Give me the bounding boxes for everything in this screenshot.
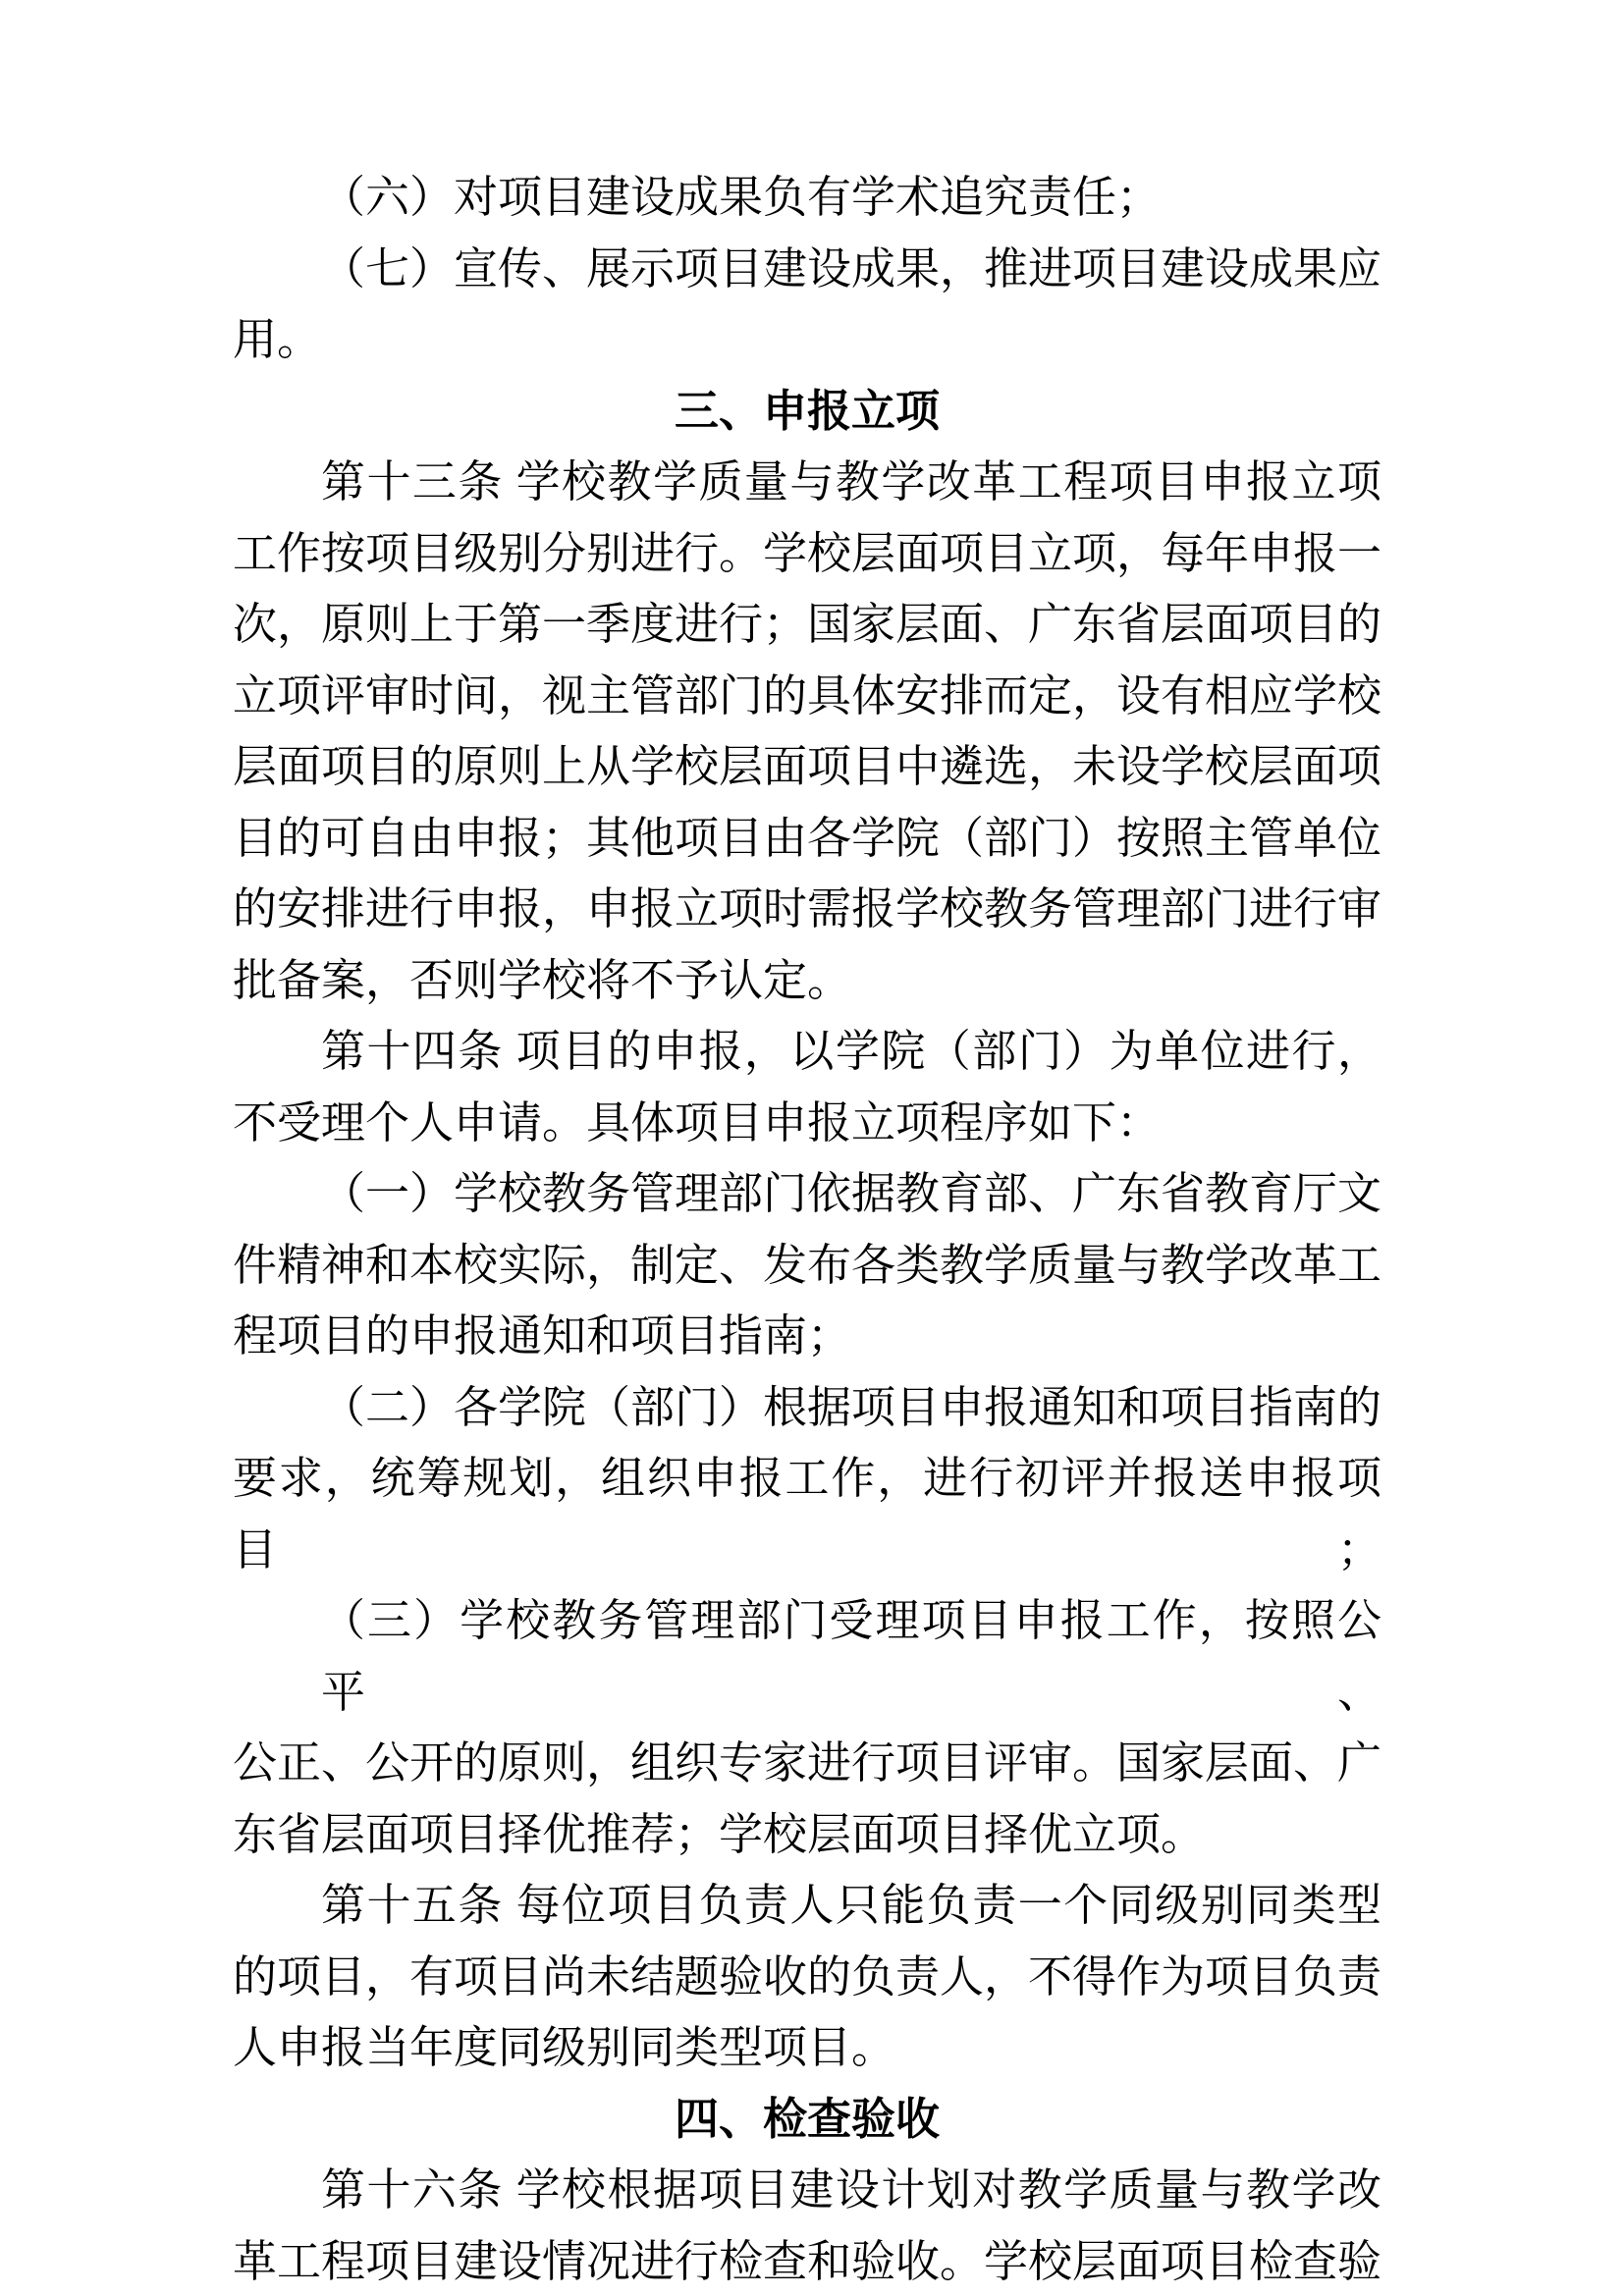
document-line: 第十六条 学校根据项目建设计划对教学质量与教学改: [233, 2155, 1381, 2226]
document-line: 工作按项目级别分别进行。学校层面项目立项，每年申报一: [233, 518, 1381, 590]
document-line: 立项评审时间，视主管部门的具体安排而定，设有相应学校: [233, 661, 1381, 732]
document-line: （三）学校教务管理部门受理项目申报工作，按照公平、: [233, 1585, 1381, 1728]
document-line: 用。: [233, 304, 1381, 376]
document-line: （六）对项目建设成果负有学术追究责任；: [233, 162, 1381, 234]
section-heading: 四、检查验收: [233, 2084, 1381, 2156]
document-line: 的项目，有项目尚未结题验收的负责人，不得作为项目负责: [233, 1942, 1381, 2013]
document-line: 第十五条 每位项目负责人只能负责一个同级别同类型: [233, 1870, 1381, 1942]
document-line: 程项目的申报通知和项目指南；: [233, 1301, 1381, 1372]
document-line: 东省层面项目择优推荐；学校层面项目择优立项。: [233, 1799, 1381, 1871]
document-line: （一）学校教务管理部门依据教育部、广东省教育厅文: [233, 1158, 1381, 1230]
document-line: 次，原则上于第一季度进行；国家层面、广东省层面项目的: [233, 589, 1381, 661]
document-body: （六）对项目建设成果负有学术追究责任；（七）宣传、展示项目建设成果，推进项目建设…: [0, 0, 1624, 2296]
document-line: 要求，统筹规划，组织申报工作，进行初评并报送申报项目；: [233, 1443, 1381, 1585]
document-line: 不受理个人申请。具体项目申报立项程序如下：: [233, 1088, 1381, 1159]
document-line: 革工程项目建设情况进行检查和验收。学校层面项目检查验: [233, 2226, 1381, 2296]
section-heading: 三、申报立项: [233, 376, 1381, 448]
document-line: 件精神和本校实际，制定、发布各类教学质量与教学改革工: [233, 1230, 1381, 1302]
document-line: 公正、公开的原则，组织专家进行项目评审。国家层面、广: [233, 1728, 1381, 1799]
document-line: （二）各学院（部门）根据项目申报通知和项目指南的: [233, 1372, 1381, 1444]
document-line: 批备案，否则学校将不予认定。: [233, 945, 1381, 1017]
document-line: 目的可自由申报；其他项目由各学院（部门）按照主管单位: [233, 803, 1381, 875]
document-line: （七）宣传、展示项目建设成果，推进项目建设成果应: [233, 234, 1381, 305]
document-line: 的安排进行申报，申报立项时需报学校教务管理部门进行审: [233, 874, 1381, 945]
document-line: 人申报当年度同级别同类型项目。: [233, 2012, 1381, 2084]
document-line: 第十四条 项目的申报，以学院（部门）为单位进行，: [233, 1016, 1381, 1088]
document-page: （六）对项目建设成果负有学术追究责任；（七）宣传、展示项目建设成果，推进项目建设…: [0, 0, 1624, 2296]
document-line: 第十三条 学校教学质量与教学改革工程项目申报立项: [233, 447, 1381, 518]
document-line: 层面项目的原则上从学校层面项目中遴选，未设学校层面项: [233, 731, 1381, 803]
